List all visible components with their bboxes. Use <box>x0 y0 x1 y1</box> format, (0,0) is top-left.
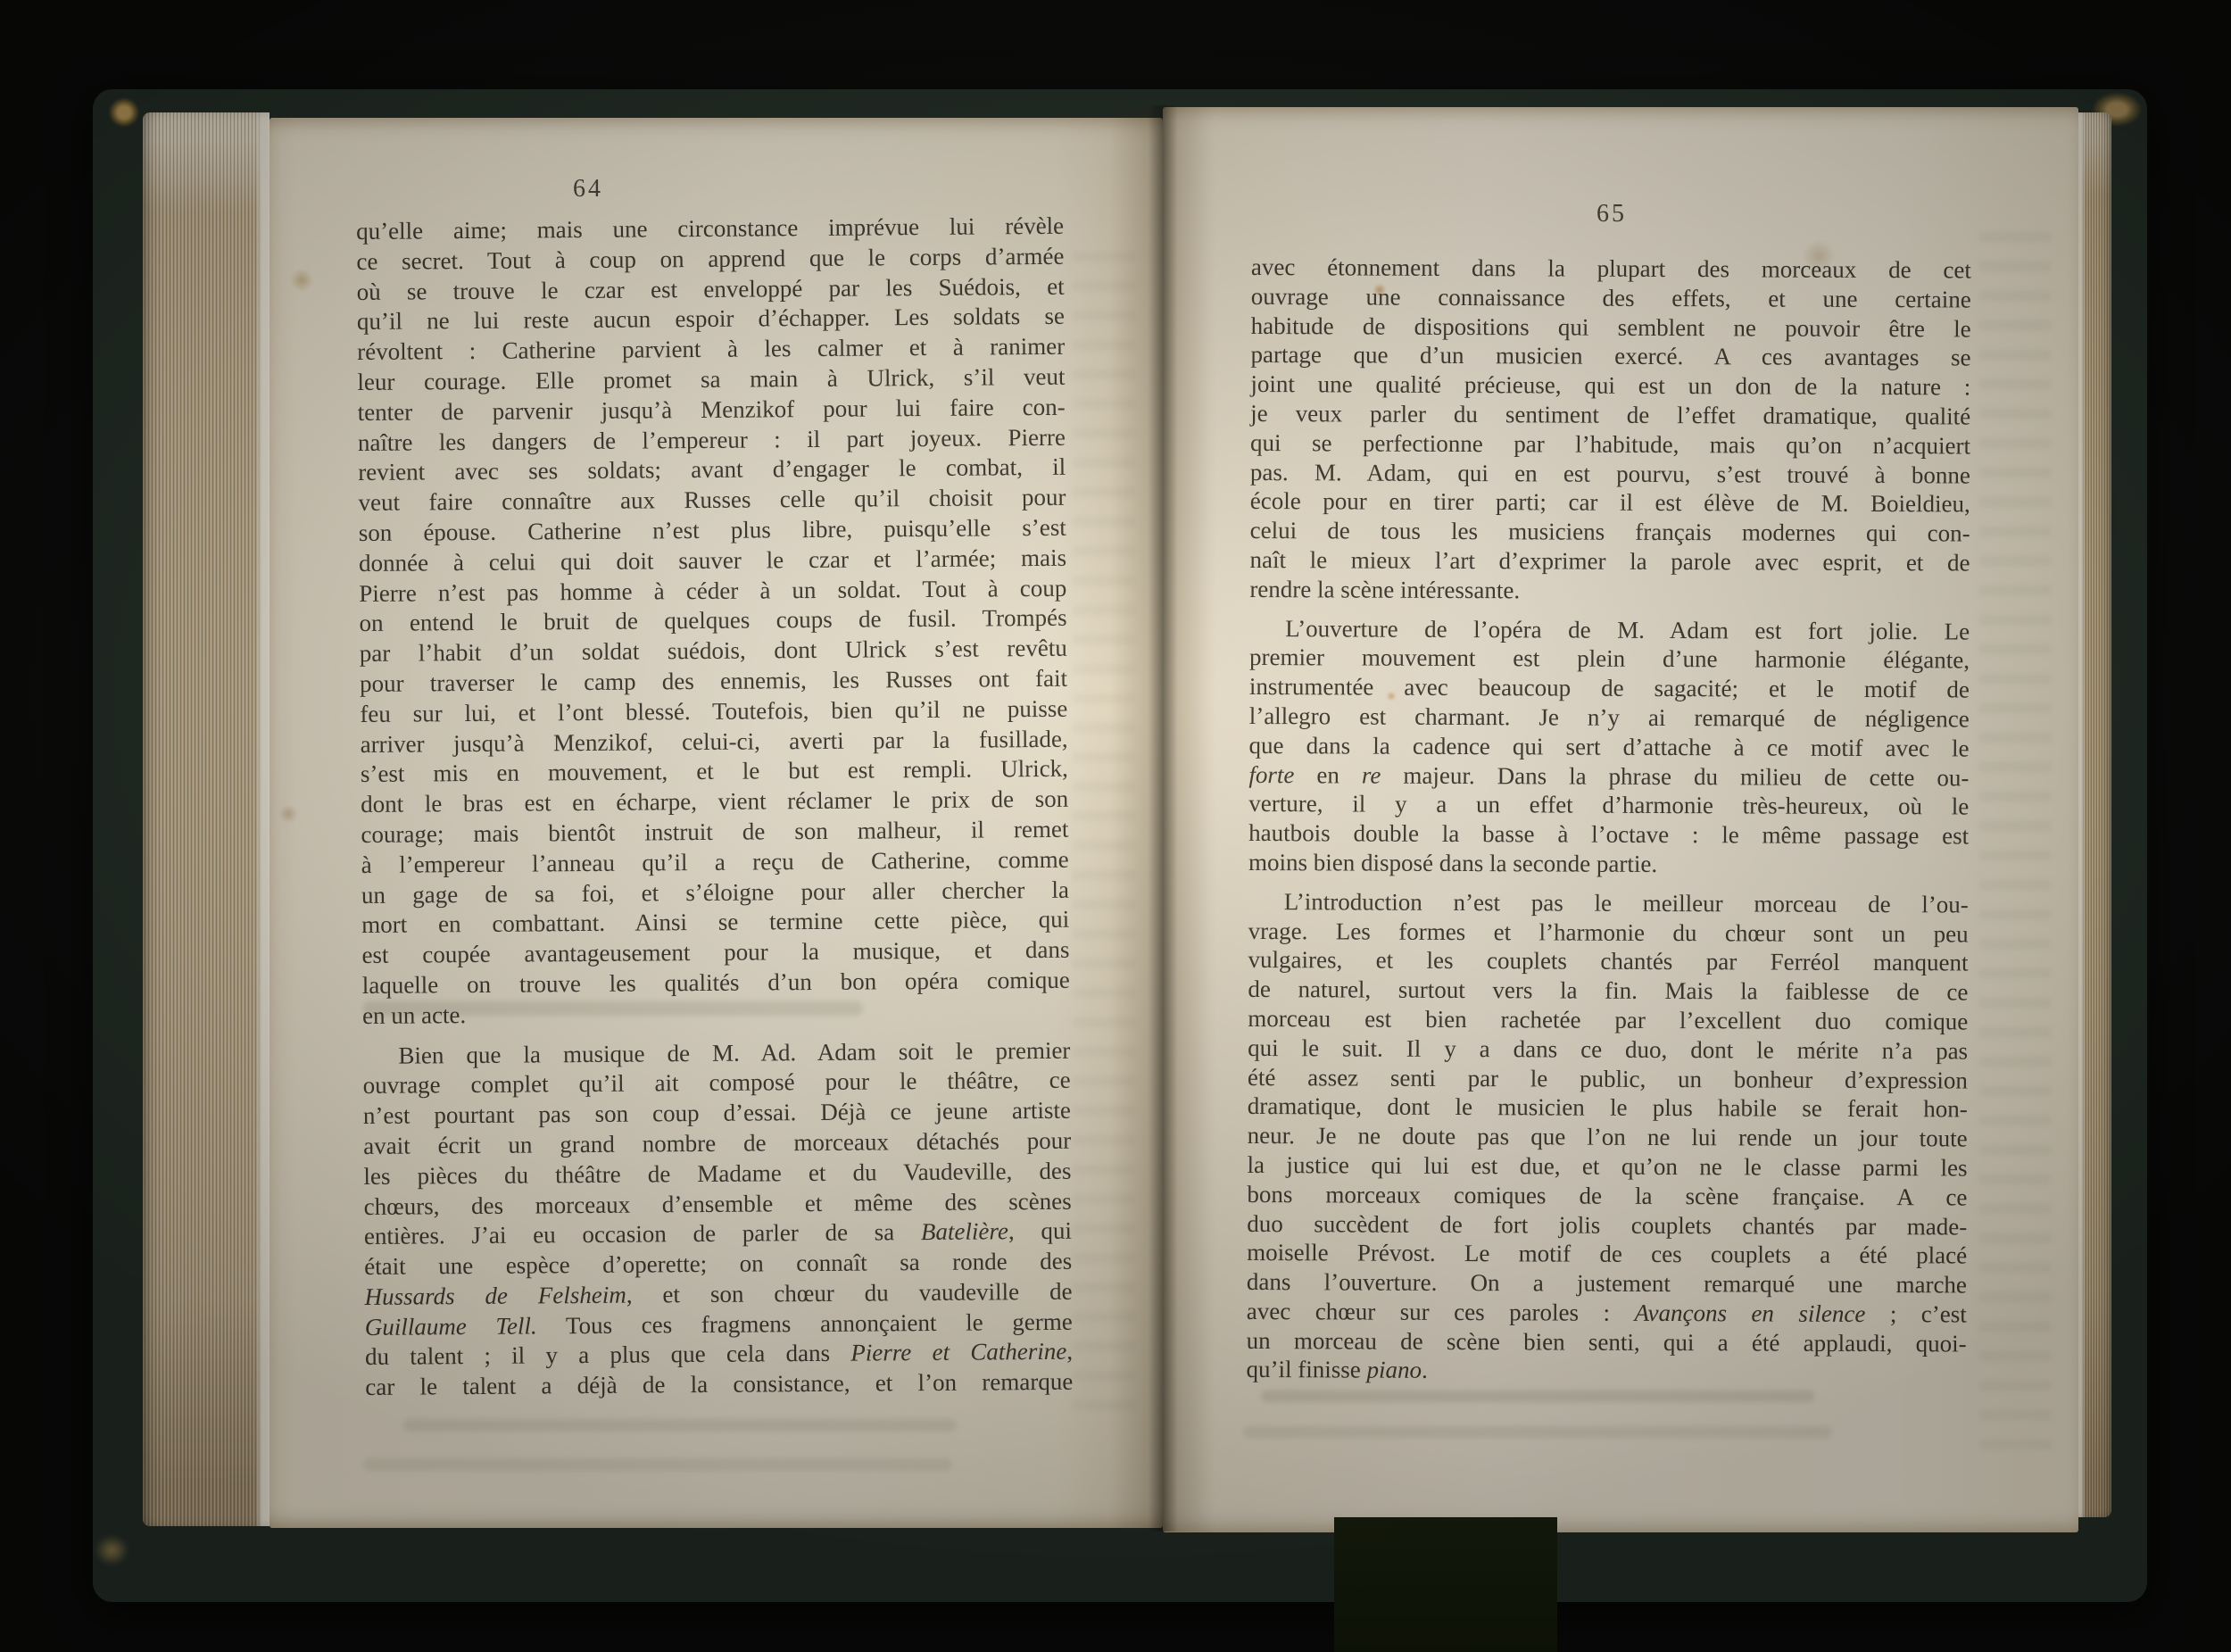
page-number: 64 <box>561 175 615 203</box>
text-segment: est coupée avantageusement pour la musiq… <box>361 936 1069 968</box>
show-through-smudge <box>1261 1391 1814 1402</box>
text-line: naît le mieux l’art d’exprimer la parole… <box>1249 545 1970 577</box>
text-segment: Pierre n’est pas homme à céder à un sold… <box>359 574 1066 606</box>
text-line: Hussards de Felsheim, et son chœur du va… <box>364 1277 1072 1313</box>
page-edges-left <box>143 112 270 1526</box>
photo-background: 64 qu’elle aime; mais une circonstance i… <box>0 0 2231 1652</box>
text-segment: , et son chœur du vaudeville de <box>626 1278 1073 1308</box>
text-line: un morceau de scène bien senti, qui a ét… <box>1247 1326 1967 1358</box>
text-line: premier mouvement est plein d’une harmon… <box>1249 643 1970 675</box>
text-segment: s’est mis en mouvement, et le but est re… <box>361 755 1068 787</box>
italic-text-segment: Guillaume Tell. <box>365 1312 537 1341</box>
text-line: avec étonnement dans la plupart des morc… <box>1251 253 1971 285</box>
text-segment: majeur. Dans la phrase du milieu de cett… <box>1381 761 1969 791</box>
text-line: vrage. Les formes et l’harmonie du chœur… <box>1248 917 1969 949</box>
page-64-text: qu’elle aime; mais une circonstance impr… <box>356 212 1073 1403</box>
page-65-text: avec étonnement dans la plupart des morc… <box>1246 253 1971 1388</box>
text-line: donnée à celui qui doit sauver le czar e… <box>359 544 1066 579</box>
text-segment: qu’elle aime; mais une circonstance impr… <box>356 212 1064 245</box>
text-segment: à l’empereur l’anneau qu’il a reçu de Ca… <box>361 845 1069 877</box>
foxing-stain <box>278 805 298 823</box>
text-segment: neur. Je ne doute pas que l’on ne lui re… <box>1248 1122 1968 1152</box>
text-line: je veux parler du sentiment de l’effet d… <box>1250 399 1970 431</box>
text-segment: que dans la cadence qui sert d’attache à… <box>1249 732 1970 762</box>
text-segment: par l’habit d’un soldat suédois, dont Ul… <box>360 635 1067 667</box>
text-segment: , qui <box>1008 1217 1072 1245</box>
book-cover: 64 qu’elle aime; mais une circonstance i… <box>93 89 2147 1602</box>
text-segment: école pour en tirer parti; car il est él… <box>1250 487 1970 518</box>
text-line: instrumentée avec beaucoup de sagacité; … <box>1249 672 1970 704</box>
text-segment: leur courage. Elle promet sa main à Ulri… <box>357 363 1065 395</box>
text-segment: courage; mais bientôt instruit de son ma… <box>361 816 1068 848</box>
text-line: joint une qualité précieuse, qui est un … <box>1250 369 1970 402</box>
text-line: dramatique, dont le musicien le plus hab… <box>1248 1092 1968 1124</box>
text-segment: était une espèce d’operette; on connaît … <box>364 1248 1072 1280</box>
text-segment: habitude de dispositions qui semblent ne… <box>1251 312 1971 343</box>
text-segment: bons morceaux comiques de la scène franç… <box>1247 1181 1967 1211</box>
text-line: habitude de dispositions qui semblent ne… <box>1251 311 1971 344</box>
text-segment: veut faire connaître aux Russes celle qu… <box>358 484 1066 516</box>
text-segment: un gage de sa foi, et s’éloigne pour all… <box>361 876 1069 908</box>
text-line: neur. Je ne doute pas que l’on ne lui re… <box>1248 1121 1968 1153</box>
text-segment: Tous ces fragmens annonçaient le germe <box>537 1307 1073 1339</box>
text-segment: n’est pourtant pas son coup d’essai. Déj… <box>363 1097 1071 1129</box>
text-line: dans l’ouverture. On a justement remarqu… <box>1247 1267 1967 1299</box>
text-segment: ouvrage complet qu’il ait composé pour l… <box>363 1067 1071 1099</box>
italic-text-segment: Pierre et Catherine <box>850 1338 1066 1366</box>
text-line: pas. M. Adam, qui en est pourvu, s’est t… <box>1250 458 1970 490</box>
text-segment: son épouse. Catherine n’est plus libre, … <box>359 514 1066 546</box>
text-segment: les pièces du théâtre de Madame et du Va… <box>363 1157 1071 1189</box>
text-line: rendre la scène intéressante. <box>1249 575 1970 607</box>
text-line: morceau est bien rachetée par l’excellen… <box>1248 1004 1968 1036</box>
text-line: tenter de parvenir jusqu’à Menzikof pour… <box>358 393 1066 428</box>
text-segment: vrage. Les formes et l’harmonie du chœur… <box>1248 917 1969 948</box>
text-line: qui le suit. Il y a dans ce duo, dont le… <box>1248 1034 1968 1066</box>
text-line: L’ouverture de l’opéra de M. Adam est fo… <box>1249 614 1970 646</box>
text-segment: avec étonnement dans la plupart des morc… <box>1251 253 1971 284</box>
text-segment: . <box>1422 1357 1428 1383</box>
page-block: 64 qu’elle aime; mais une circonstance i… <box>143 105 2111 1533</box>
italic-text-segment: Hussards de Felsheim <box>364 1282 626 1310</box>
text-segment: L’ouverture de l’opéra de M. Adam est fo… <box>1285 615 1970 644</box>
text-segment: mort en combattant. Ainsi se termine cet… <box>361 906 1069 938</box>
text-segment: laquelle on trouve les qualités d’un bon… <box>362 967 1070 999</box>
text-segment: avec chœur sur ces paroles : <box>1247 1298 1635 1326</box>
show-through-smudge <box>403 1419 957 1432</box>
text-segment: rendre la scène intéressante. <box>1249 576 1520 603</box>
text-line: de naturel, surtout vers la fin. Mais la… <box>1248 975 1968 1007</box>
text-segment: dans l’ouverture. On a justement remarqu… <box>1247 1268 1967 1299</box>
text-segment: ; c’est <box>1865 1300 1967 1327</box>
text-segment: naît le mieux l’art d’exprimer la parole… <box>1249 546 1970 577</box>
text-segment: de naturel, surtout vers la fin. Mais la… <box>1248 975 1968 1006</box>
text-line: L’introduction n’est pas le meilleur mor… <box>1248 887 1969 919</box>
show-through-smudge <box>1243 1426 1832 1438</box>
text-segment: revient avec ses soldats; avant d’engage… <box>358 453 1066 486</box>
text-segment: chœurs, des morceaux d’ensemble et même … <box>364 1187 1072 1219</box>
text-line: feu sur lui, et l’ont blessé. Toutefois,… <box>360 694 1067 730</box>
text-line: moiselle Prévost. Le motif de ces couple… <box>1247 1238 1967 1270</box>
text-line: ce secret. Tout à coup on apprend que le… <box>356 242 1064 278</box>
text-segment: qu’il finisse <box>1246 1356 1366 1383</box>
text-line: ouvrage une connaissance des effets, et … <box>1251 282 1971 314</box>
text-line: car le talent a déjà de la consistance, … <box>365 1367 1073 1403</box>
text-line: celui de tous les musiciens français mod… <box>1250 516 1970 548</box>
show-through-margin <box>1979 232 2051 1464</box>
text-segment: celui de tous les musiciens français mod… <box>1250 517 1970 547</box>
text-line: école pour en tirer parti; car il est él… <box>1250 486 1970 519</box>
text-segment: entières. J’ai eu occasion de parler de … <box>364 1218 921 1249</box>
text-segment: ce secret. Tout à coup on apprend que le… <box>356 243 1064 275</box>
text-segment: dramatique, dont le musicien le plus hab… <box>1248 1092 1968 1123</box>
page-65: 65 avec étonnement dans la plupart des m… <box>1163 107 2078 1532</box>
text-segment: qui se perfectionne par l’habitude, mais… <box>1250 429 1970 460</box>
text-line: en un acte. <box>362 995 1070 1031</box>
text-segment: on entend le bruit de quelques coups de … <box>359 604 1066 636</box>
text-segment: premier mouvement est plein d’une harmon… <box>1249 643 1970 674</box>
text-line: avec chœur sur ces paroles : Avançons en… <box>1247 1297 1967 1329</box>
page-64: 64 qu’elle aime; mais une circonstance i… <box>270 118 1163 1528</box>
text-line: les pièces du théâtre de Madame et du Va… <box>363 1156 1071 1191</box>
text-segment: révoltent : Catherine parvient à les cal… <box>357 333 1065 365</box>
show-through-smudge <box>363 1458 952 1471</box>
text-segment: pas. M. Adam, qui en est pourvu, s’est t… <box>1250 459 1970 489</box>
show-through-margin <box>1073 252 1135 1412</box>
text-segment: moins bien disposé dans la seconde parti… <box>1248 849 1657 877</box>
text-line: forte en re majeur. Dans la phrase du mi… <box>1248 760 1969 793</box>
text-segment: vulgaires, et les couplets chantés par F… <box>1248 946 1968 976</box>
text-segment: naître les dangers de l’empereur : il pa… <box>358 423 1066 455</box>
text-segment: l’allegro est charmant. Je n’y ai remarq… <box>1249 702 1970 733</box>
page-number: 65 <box>1585 200 1638 228</box>
text-segment: où se trouve le czar est enveloppé par l… <box>357 272 1065 304</box>
text-segment: morceau est bien rachetée par l’excellen… <box>1248 1005 1968 1035</box>
text-line: que dans la cadence qui sert d’attache à… <box>1249 731 1970 763</box>
text-segment: feu sur lui, et l’ont blessé. Toutefois,… <box>360 695 1067 727</box>
text-segment: un morceau de scène bien senti, qui a ét… <box>1247 1327 1967 1357</box>
text-line: verture, il y a un effet d’harmonie très… <box>1248 789 1969 821</box>
text-line: hautbois double la basse à l’octave : le… <box>1248 818 1969 851</box>
text-segment: partage que d’un musicien exercé. A ces … <box>1250 341 1970 371</box>
text-segment: ouvrage une connaissance des effets, et … <box>1251 283 1971 313</box>
italic-text-segment: Batelière <box>921 1218 1008 1246</box>
foxing-stain <box>289 270 314 291</box>
text-segment: je veux parler du sentiment de l’effet d… <box>1250 400 1970 430</box>
text-line: à l’empereur l’anneau qu’il a reçu de Ca… <box>361 844 1069 880</box>
text-segment: duo succèdent de fort jolis couplets cha… <box>1247 1209 1967 1240</box>
text-segment: moiselle Prévost. Le motif de ces couple… <box>1247 1239 1967 1269</box>
text-segment: car le talent a déjà de la consistance, … <box>365 1368 1073 1400</box>
text-line: duo succèdent de fort jolis couplets cha… <box>1247 1208 1967 1241</box>
text-segment: la justice qui lui est due, et qu’on ne … <box>1247 1151 1967 1182</box>
text-segment: donnée à celui qui doit sauver le czar e… <box>359 544 1066 577</box>
text-line: qu’il finisse piano. <box>1246 1355 1966 1387</box>
text-line: été assez senti par le public, un bonheu… <box>1248 1063 1968 1095</box>
text-segment: hautbois double la basse à l’octave : le… <box>1248 819 1969 850</box>
text-line: bons morceaux comiques de la scène franç… <box>1247 1180 1967 1212</box>
text-segment: tenter de parvenir jusqu’à Menzikof pour… <box>358 394 1066 426</box>
text-segment: arriver jusqu’à Menzikof, celui-ci, aver… <box>361 725 1068 757</box>
text-segment: du talent ; il y a plus que cela dans <box>365 1340 851 1370</box>
text-line: qui se perfectionne par l’habitude, mais… <box>1250 428 1970 461</box>
text-line: la justice qui lui est due, et qu’on ne … <box>1247 1150 1967 1183</box>
text-segment: qu’il ne lui reste aucun espoir d’échapp… <box>357 303 1065 335</box>
text-segment: joint une qualité précieuse, qui est un … <box>1250 370 1970 401</box>
text-segment: en <box>1294 761 1362 788</box>
text-segment: été assez senti par le public, un bonheu… <box>1248 1064 1968 1094</box>
text-line: l’allegro est charmant. Je n’y ai remarq… <box>1249 701 1970 734</box>
text-segment: instrumentée avec beaucoup de sagacité; … <box>1249 673 1970 703</box>
text-line: laquelle on trouve les qualités d’un bon… <box>362 966 1070 1001</box>
spine-shadow <box>1334 1517 1557 1652</box>
text-line: moins bien disposé dans la seconde parti… <box>1248 848 1969 880</box>
italic-text-segment: Avançons en silence <box>1634 1299 1865 1327</box>
text-line: partage que d’un musicien exercé. A ces … <box>1250 340 1970 372</box>
text-segment: L’introduction n’est pas le meilleur mor… <box>1284 888 1969 917</box>
text-line: vulgaires, et les couplets chantés par F… <box>1248 945 1968 977</box>
italic-text-segment: re <box>1362 761 1381 788</box>
text-segment: verture, il y a un effet d’harmonie très… <box>1248 790 1969 820</box>
text-segment: Bien que la musique de M. Ad. Adam soit … <box>398 1036 1070 1068</box>
page-edges-right <box>2078 112 2111 1517</box>
italic-text-segment: forte <box>1248 761 1294 788</box>
text-segment: , <box>1066 1338 1073 1365</box>
text-segment: pour traverser le camp des ennemis, les … <box>360 665 1067 697</box>
text-segment: avait écrit un grand nombre de morceaux … <box>363 1127 1071 1159</box>
italic-text-segment: piano <box>1366 1357 1422 1383</box>
text-segment: dont le bras est en écharpe, vient récla… <box>361 785 1068 818</box>
text-segment: qui le suit. Il y a dans ce duo, dont le… <box>1248 1034 1968 1065</box>
text-segment: en un acte. <box>362 1001 466 1029</box>
